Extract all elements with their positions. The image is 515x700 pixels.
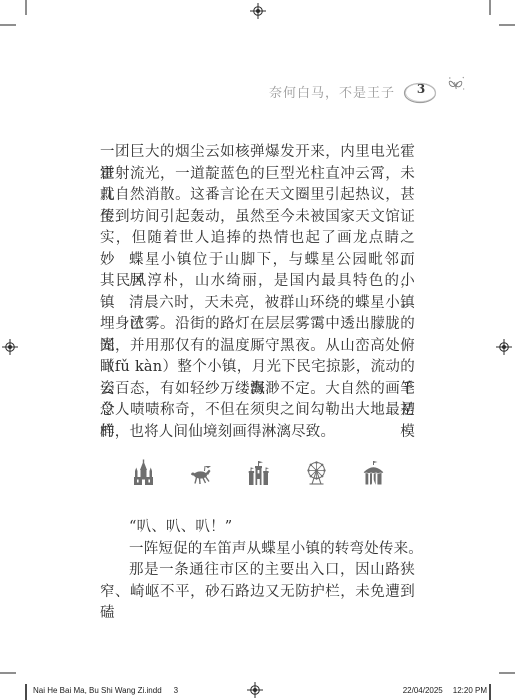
text-line: 其民风淳朴，山水绮丽，是国内最具特色的小镇。	[100, 271, 415, 293]
text-line: 蝶星小镇位于山脚下，与蝶星公园毗邻而居，	[100, 250, 415, 272]
text-line: 埋身浓雾。沿街的路灯在层层雾霭中透出朦胧的光	[100, 314, 415, 336]
print-date: 22/04/2025	[403, 686, 443, 695]
print-proof-page: 奈何白马，不是王子 3 一团巨大的烟	[0, 0, 515, 700]
chapter-title: 奈何白马，不是王子	[269, 82, 395, 101]
page-number: 3	[403, 82, 439, 96]
crop-mark-top-right-vertical	[489, 0, 491, 15]
body-text: 一团巨大的烟尘云如核弹爆发开来，内里电光霍霍 迸射流光，一道靛蓝色的巨型光柱直冲…	[100, 142, 415, 603]
text-line: “叭、叭、叭！”	[100, 517, 415, 539]
text-line: 一阵短促的车笛声从蝶星小镇的转弯处传来。	[100, 539, 415, 561]
text-line: 迸射流光，一道靛蓝色的巨型光柱直冲云霄，未几	[100, 164, 415, 186]
page-number-badge: 3	[403, 76, 445, 106]
registration-mark-icon	[247, 682, 263, 698]
running-header: 奈何白马，不是王子 3	[269, 76, 445, 106]
print-time: 12:20 PM	[453, 686, 487, 695]
crop-mark-top-right-horizontal	[499, 24, 515, 26]
crop-mark-top-left-horizontal	[0, 24, 16, 26]
carousel-horse-icon	[188, 459, 215, 489]
crop-mark-bottom-right-horizontal	[499, 672, 515, 674]
text-line: （fǔ kàn）整个小镇，月光下民宅掠影，流动的云海千	[100, 357, 415, 379]
circus-tent-icon	[360, 459, 387, 489]
castle-icon	[245, 459, 272, 489]
text-line: 圈，并用那仅有的温度厮守黑夜。从山峦高处俯瞰	[100, 336, 415, 358]
ferris-wheel-icon	[303, 459, 330, 489]
text-line: 实，但随着世人追捧的热情也起了画龙点睛之妙。	[100, 228, 415, 250]
crop-mark-bottom-left-vertical	[25, 684, 27, 700]
text-line: 令人啧啧称奇，不但在须臾之间勾勒出大地最初的模	[100, 400, 415, 422]
registration-mark-icon	[250, 3, 266, 19]
crop-mark-bottom-right-vertical	[489, 684, 491, 700]
church-icon	[130, 459, 157, 489]
slug-filename: Nai He Bai Ma, Bu Shi Wang Zi.indd3	[33, 686, 178, 695]
text-line: 那是一条通往市区的主要出入口，因山路狭	[100, 560, 415, 582]
crop-mark-bottom-left-horizontal	[0, 672, 16, 674]
text-line: 窄、崎岖不平，砂石路边又无防护栏，未免遭到磕	[100, 582, 415, 604]
text-line: 传到坊间引起轰动，虽然至今未被国家天文馆证	[100, 207, 415, 229]
registration-mark-icon	[496, 339, 512, 355]
slug-timestamp: 22/04/202512:20 PM	[403, 686, 487, 695]
crop-mark-top-left-vertical	[25, 0, 27, 15]
text-line: 清晨六时，天未亮，被群山环绕的蝶星小镇已	[100, 293, 415, 315]
text-line: 就自然消散。这番言论在天文圈里引起热议，甚至	[100, 185, 415, 207]
text-line: 姿百态，有如轻纱万缕飘渺不定。大自然的画笔总是	[100, 379, 415, 401]
registration-mark-icon	[2, 339, 18, 355]
text-line: 一团巨大的烟尘云如核弹爆发开来，内里电光霍霍	[100, 142, 415, 164]
sheet-number: 3	[174, 686, 178, 695]
ornament-divider	[100, 457, 415, 489]
document-filename: Nai He Bai Ma, Bu Shi Wang Zi.indd	[33, 686, 162, 695]
